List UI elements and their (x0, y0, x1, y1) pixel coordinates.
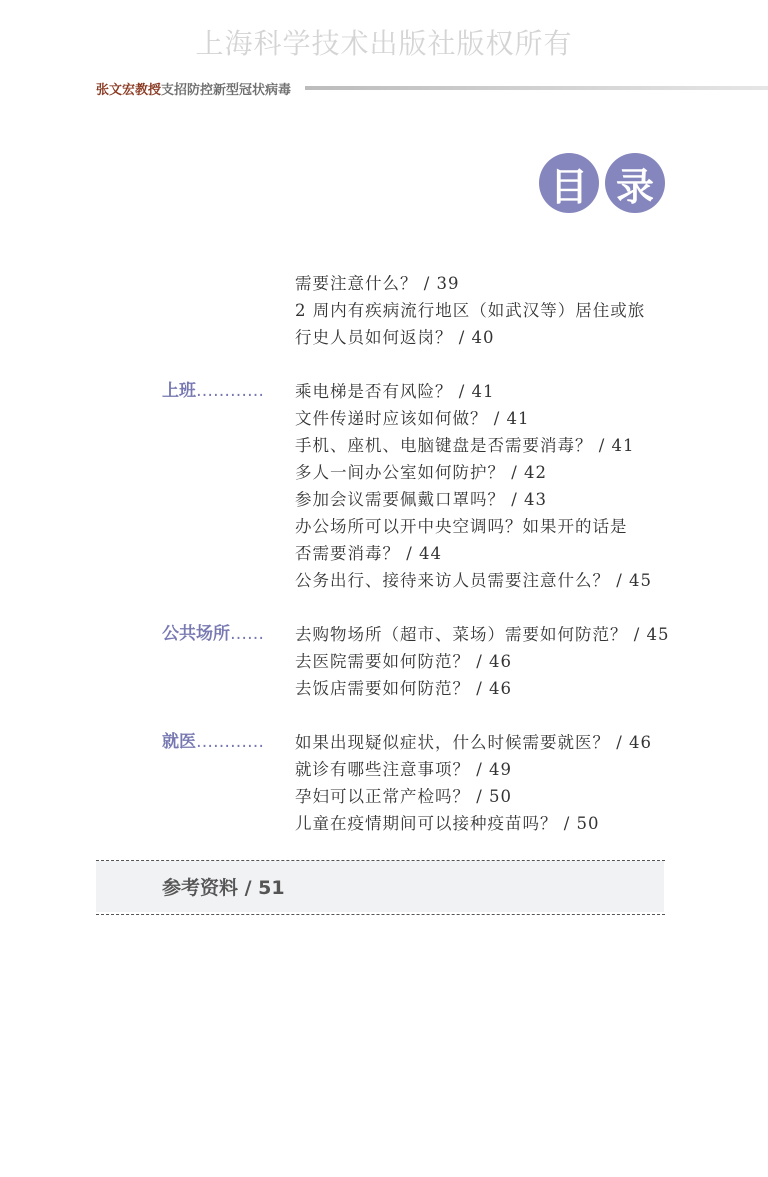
toc-entry[interactable]: 乘电梯是否有风险？ / 41 (295, 378, 495, 405)
running-head-rule (305, 86, 768, 90)
running-head-title: 支招防控新型冠状病毒 (161, 79, 291, 98)
toc-badge-mu: 目 (539, 153, 599, 213)
section-label-text: 公共场所 (162, 624, 230, 644)
toc-entry[interactable]: 行史人员如何返岗？ / 40 (295, 324, 495, 351)
toc-entry[interactable]: 办公场所可以开中央空调吗？如果开的话是 (295, 513, 628, 540)
copyright-watermark: 上海科学技术出版社版权所有 (0, 22, 768, 62)
toc-entry[interactable]: 儿童在疫情期间可以接种疫苗吗？ / 50 (295, 810, 600, 837)
toc-badge-lu: 录 (605, 153, 665, 213)
toc-entry[interactable]: 去购物场所（超市、菜场）需要如何防范？ / 45 (295, 621, 670, 648)
divider-bottom (96, 914, 665, 915)
toc-entry[interactable]: 2 周内有疾病流行地区（如武汉等）居住或旅 (295, 297, 645, 324)
toc-entry[interactable]: 手机、座机、电脑键盘是否需要消毒？ / 41 (295, 432, 635, 459)
leader-dots: …… (230, 624, 264, 644)
toc-entry[interactable]: 需要注意什么？ / 39 (295, 270, 460, 297)
section-label-public-places: 公共场所…… (162, 621, 264, 648)
toc-entry[interactable]: 如果出现疑似症状，什么时候需要就医？ / 46 (295, 729, 652, 756)
leader-dots: ………… (196, 381, 264, 401)
toc-entry[interactable]: 参加会议需要佩戴口罩吗？ / 43 (295, 486, 547, 513)
leader-dots: ………… (196, 732, 264, 752)
running-head-author: 张文宏教授 (96, 79, 161, 98)
toc-entry[interactable]: 文件传递时应该如何做？ / 41 (295, 405, 530, 432)
toc-entry[interactable]: 公务出行、接待来访人员需要注意什么？ / 45 (295, 567, 652, 594)
toc-entry[interactable]: 孕妇可以正常产检吗？ / 50 (295, 783, 512, 810)
toc-entry[interactable]: 多人一间办公室如何防护？ / 42 (295, 459, 547, 486)
section-label-text: 就医 (162, 732, 196, 752)
section-label-medical: 就医………… (162, 729, 264, 756)
references-entry[interactable]: 参考资料 / 51 (162, 873, 285, 900)
section-label-work: 上班………… (162, 378, 264, 405)
running-head: 张文宏教授 支招防控新型冠状病毒 (96, 79, 291, 98)
toc-heading: 目 录 (539, 153, 665, 213)
toc-entry[interactable]: 就诊有哪些注意事项？ / 49 (295, 756, 512, 783)
section-label-text: 上班 (162, 381, 196, 401)
toc-entry[interactable]: 否需要消毒？ / 44 (295, 540, 442, 567)
toc-entry[interactable]: 去饭店需要如何防范？ / 46 (295, 675, 512, 702)
toc-entry[interactable]: 去医院需要如何防范？ / 46 (295, 648, 512, 675)
